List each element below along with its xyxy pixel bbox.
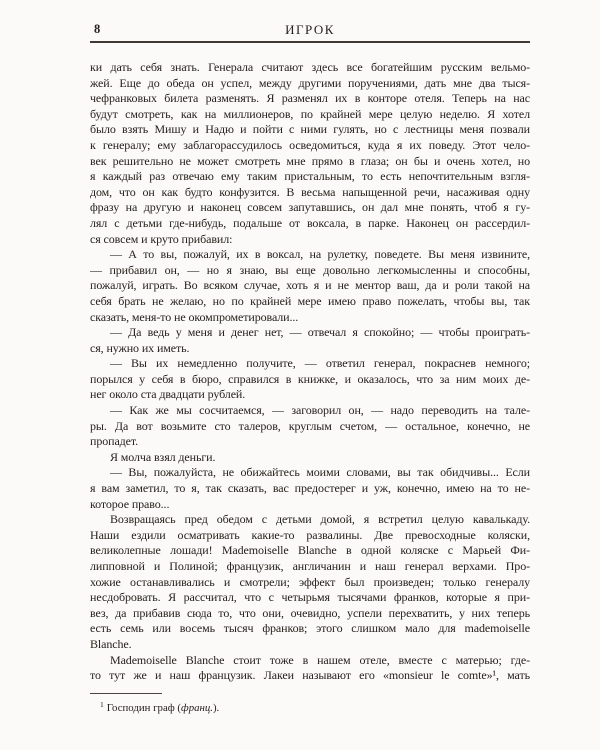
paragraph: — Вы их немедленно получите, — ответил г… bbox=[90, 356, 530, 403]
text-line: Я молча взял деньги. bbox=[90, 450, 530, 466]
text-line: — Как же мы сосчитаемся, — заговорил он,… bbox=[90, 403, 530, 419]
text-line: лял с детьми где-нибудь, подальше от вок… bbox=[90, 216, 530, 232]
text-line: порылся у себя в бюро, справился в книжк… bbox=[90, 372, 530, 388]
paragraph: — Да ведь у меня и денег нет, — отвечал … bbox=[90, 325, 530, 356]
text-line: великолепные лошади! Mademoiselle Blanch… bbox=[90, 543, 530, 559]
paragraph: Возвращаясь пред обедом с детьми домой, … bbox=[90, 512, 530, 652]
text-line: жей. Еще до обеда он успел, между другим… bbox=[90, 76, 530, 92]
page-content: 8 ИГРОК ки дать себя знать. Генерала счи… bbox=[90, 20, 530, 715]
book-page: 8 ИГРОК ки дать себя знать. Генерала счи… bbox=[0, 0, 600, 750]
page-body: ки дать себя знать. Генерала считают зде… bbox=[90, 60, 530, 684]
page-number: 8 bbox=[94, 22, 101, 37]
footnote-separator bbox=[90, 693, 162, 694]
text-line: сказать, меня-то не окомпрометировали... bbox=[90, 310, 530, 326]
paragraph: — Как же мы сосчитаемся, — заговорил он,… bbox=[90, 403, 530, 450]
text-line: нег около ста двадцати рублей. bbox=[90, 387, 530, 403]
footnote-lang: франц. bbox=[181, 702, 213, 714]
footnote-marker: 1 bbox=[100, 700, 104, 709]
text-line: было взять Мишу и Надю и пойти с ними гу… bbox=[90, 122, 530, 138]
paragraph: Mademoiselle Blanche стоит тоже в нашем … bbox=[90, 653, 530, 684]
text-line: фразу на другую и наконец совсем запутав… bbox=[90, 200, 530, 216]
text-line: — Вы их немедленно получите, — ответил г… bbox=[90, 356, 530, 372]
footnote-text: Господин граф ( bbox=[107, 702, 181, 714]
text-line: ся совсем и круто прибавил: bbox=[90, 232, 530, 248]
text-line: вез, да прибавив сюда то, что они, очеви… bbox=[90, 606, 530, 622]
running-title: ИГРОК bbox=[90, 20, 530, 38]
text-line: липповной и Полиной; французик, англичан… bbox=[90, 559, 530, 575]
text-line: ры. Да вот возьмите сто талеров, круглым… bbox=[90, 419, 530, 435]
text-line: чефранковых билета разменять. Я разменял… bbox=[90, 91, 530, 107]
text-line: к генералу; ему заблагорассудилось освед… bbox=[90, 138, 530, 154]
text-line: я каждый раз отвечаю ему таким пристальн… bbox=[90, 169, 530, 185]
text-line: Наши ездили осматривать какие-то развали… bbox=[90, 528, 530, 544]
page-header: 8 ИГРОК bbox=[90, 20, 530, 38]
text-line: пропадет. bbox=[90, 434, 530, 450]
text-line: Mademoiselle Blanche стоит тоже в нашем … bbox=[90, 653, 530, 669]
text-line: есть семь или восемь тысяч франков; этог… bbox=[90, 621, 530, 637]
text-line: — А то вы, пожалуй, их в воксал, на руле… bbox=[90, 247, 530, 263]
text-line: ся, нужно их иметь. bbox=[90, 341, 530, 357]
text-line: век решительно не может смотреть мне пря… bbox=[90, 154, 530, 170]
paragraph: ки дать себя знать. Генерала считают зде… bbox=[90, 60, 530, 247]
text-line: будут смотреть, как на миллионеров, по к… bbox=[90, 107, 530, 123]
text-line: дом, что он как будто конфузится. В весь… bbox=[90, 185, 530, 201]
text-line: я вам заметил, то я, так сказать, вас пр… bbox=[90, 481, 530, 497]
header-rule bbox=[90, 41, 530, 43]
text-line: ки дать себя знать. Генерала считают зде… bbox=[90, 60, 530, 76]
text-line: пожалуй, играть. Во всяком случае, хоть … bbox=[90, 278, 530, 294]
paragraph: — Вы, пожалуйста, не обижайтесь моими сл… bbox=[90, 465, 530, 512]
paragraph: — А то вы, пожалуй, их в воксал, на руле… bbox=[90, 247, 530, 325]
text-line: то тут же и наш французик. Лакеи называю… bbox=[90, 668, 530, 684]
text-line: Blanche. bbox=[90, 637, 530, 653]
text-line: которое право... bbox=[90, 497, 530, 513]
paragraph: Я молча взял деньги. bbox=[90, 450, 530, 466]
text-line: хожие останавливались и смотрели; эффект… bbox=[90, 575, 530, 591]
text-line: Возвращаясь пред обедом с детьми домой, … bbox=[90, 512, 530, 528]
text-line: себя брать не желаю, но по крайней мере … bbox=[90, 294, 530, 310]
text-line: — прибавил он, — но я знаю, вы еще довол… bbox=[90, 263, 530, 279]
footnote-suffix: ). bbox=[213, 702, 219, 714]
footnote: 1Господин граф (франц.). bbox=[90, 698, 530, 715]
text-line: — Вы, пожалуйста, не обижайтесь моими сл… bbox=[90, 465, 530, 481]
text-line: несдобровать. Я рассчитал, что с четырьм… bbox=[90, 590, 530, 606]
text-line: — Да ведь у меня и денег нет, — отвечал … bbox=[90, 325, 530, 341]
